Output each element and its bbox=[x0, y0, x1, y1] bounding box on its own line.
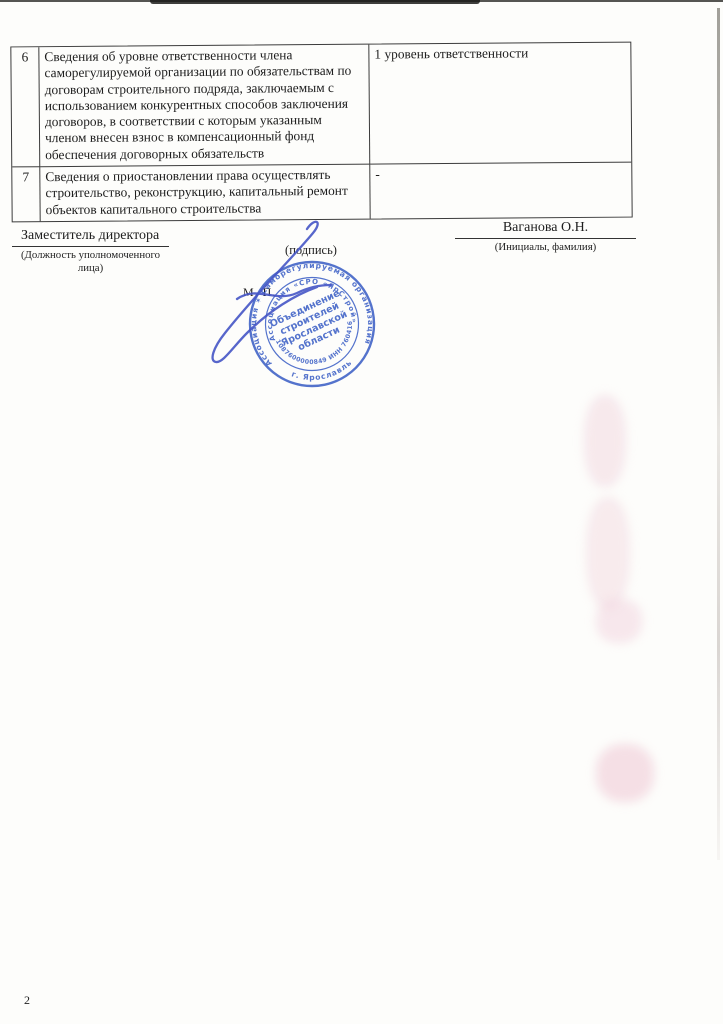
details-table: 6 Сведения об уровне ответственности чле… bbox=[10, 42, 632, 223]
scan-right-edge-artifact bbox=[717, 8, 720, 860]
table-row-value: - bbox=[370, 163, 631, 219]
signatory-position-block: Заместитель директора (Должность уполном… bbox=[12, 228, 169, 275]
position-caption: (Должность уполномоченного лица) bbox=[12, 249, 169, 275]
name-caption: (Инициалы, фамилия) bbox=[455, 241, 636, 254]
table-row-number: 6 bbox=[11, 47, 40, 167]
ink-bleedthrough-smudge bbox=[584, 395, 626, 487]
handwritten-signature bbox=[185, 215, 350, 375]
signature-stroke-flourish bbox=[237, 285, 331, 299]
signatory-name: Ваганова О.Н. bbox=[455, 220, 636, 239]
page-number: 2 bbox=[24, 993, 30, 1008]
table-row-number: 7 bbox=[12, 167, 40, 221]
signatory-name-block: Ваганова О.Н. (Инициалы, фамилия) bbox=[455, 220, 636, 254]
signatory-position-title: Заместитель директора bbox=[12, 228, 169, 247]
table-row-description: Сведения о приостановлении права осущест… bbox=[40, 165, 370, 221]
scan-top-edge-artifact-thick bbox=[150, 0, 480, 4]
ink-bleedthrough-smudge bbox=[586, 497, 630, 609]
table-row-value: 1 уровень ответственности bbox=[369, 43, 631, 165]
ink-bleedthrough-smudge bbox=[596, 744, 654, 802]
position-caption-line2: лица) bbox=[78, 262, 103, 274]
ink-bleedthrough-smudge bbox=[596, 599, 642, 643]
position-caption-line1: (Должность уполномоченного bbox=[21, 249, 160, 261]
scanned-document-page: 6 Сведения об уровне ответственности чле… bbox=[0, 0, 723, 1024]
table-row-description: Сведения об уровне ответственности члена… bbox=[39, 45, 370, 168]
